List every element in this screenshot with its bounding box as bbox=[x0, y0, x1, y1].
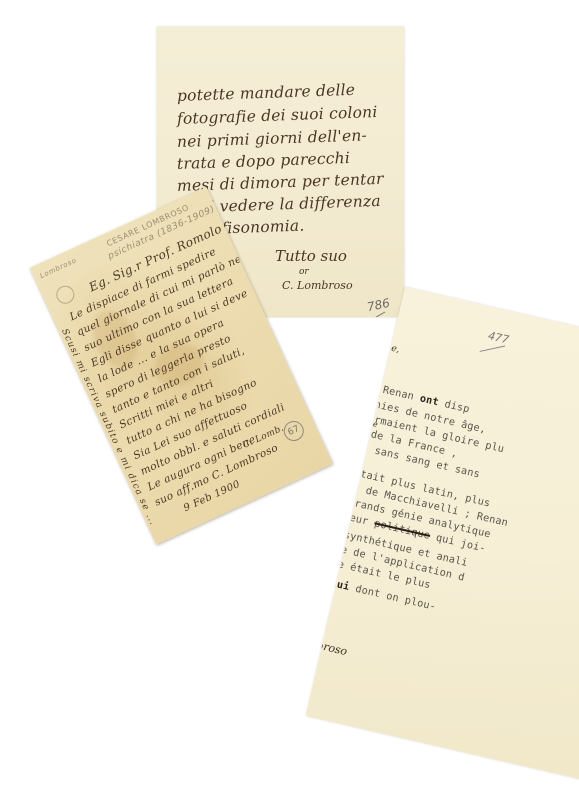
closing-sub: or bbox=[299, 267, 309, 277]
handwritten-line: potette mandare delle bbox=[177, 81, 356, 105]
typed-text: , et Renan bbox=[351, 378, 421, 404]
pencil-corner-note: Lombroso bbox=[39, 256, 78, 280]
struck-word: et bbox=[306, 503, 320, 517]
archive-number-underline bbox=[480, 346, 506, 352]
signature: C. Lombroso bbox=[306, 630, 348, 659]
handwritten-line: trata e dopo parecchi bbox=[177, 149, 351, 173]
faint-pencil-mark bbox=[53, 283, 77, 307]
typed-line: rera le plus la perte bbox=[306, 560, 318, 601]
salutation-fragment: me, bbox=[382, 342, 401, 356]
typed-text: disp bbox=[437, 398, 470, 416]
signature: C. Lombroso bbox=[282, 279, 353, 292]
handwritten-line: nei primi giorni dell'en- bbox=[177, 126, 368, 151]
archive-number: 477 bbox=[487, 329, 510, 346]
typed-emphasis: ,celui bbox=[311, 574, 351, 593]
typed-text: français des trois bbox=[306, 547, 313, 585]
typed-text: allemands; bbox=[306, 487, 308, 513]
handwritten-line: fotografie dei suoi coloni bbox=[177, 103, 378, 128]
lot-number-stamp: 67 bbox=[281, 418, 308, 445]
typewritten-letter-french: 477 me, , et Renan ont disp grands génie… bbox=[306, 287, 579, 785]
archive-number: 786 bbox=[366, 296, 391, 314]
closing-formula: Tutto suo bbox=[275, 247, 347, 265]
